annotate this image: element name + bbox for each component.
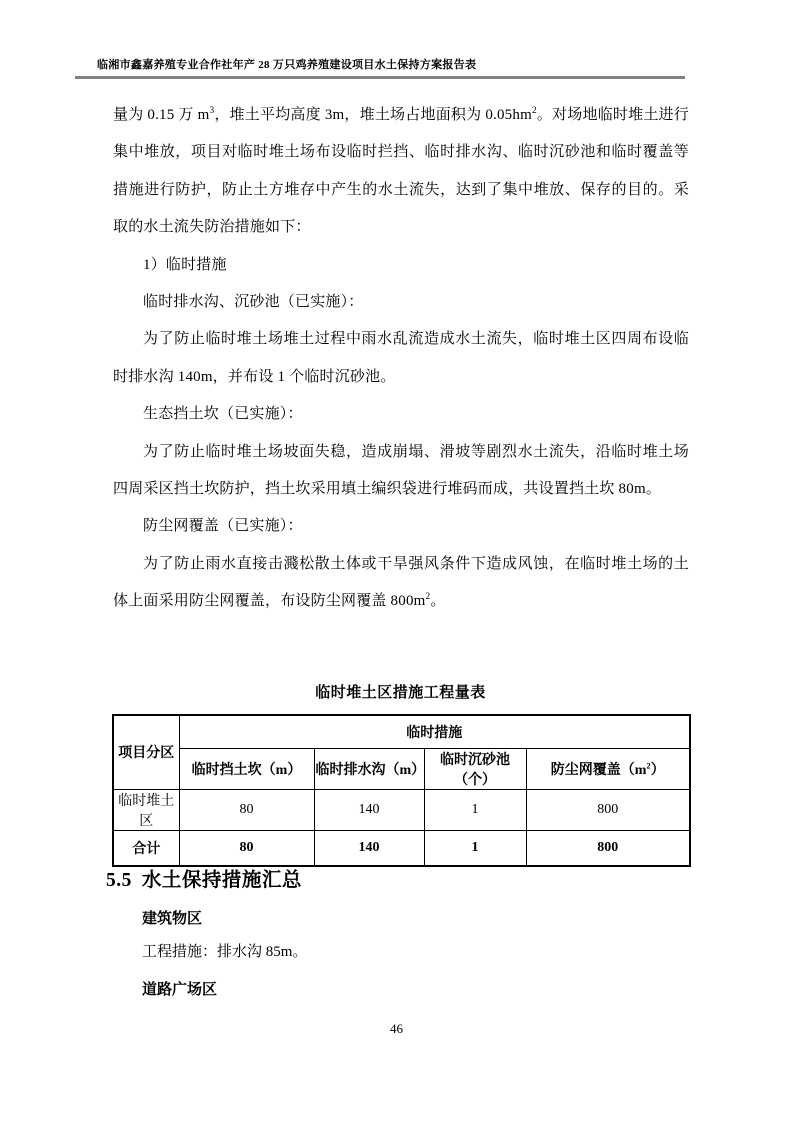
section-number: 5.5: [106, 870, 132, 891]
table-col-header-dustnet: 防尘网覆盖（m2）: [526, 748, 690, 789]
para-dust-net-label: 防尘网覆盖（已实施）：: [113, 508, 689, 545]
table-row-label: 临时堆土区: [113, 789, 179, 830]
table-corner-header: 项目分区: [113, 715, 179, 789]
para-text: 量为 0.15 万 m: [113, 107, 209, 123]
table-caption: 临时堆土区措施工程量表: [112, 681, 689, 702]
header-title: 临湘市鑫嘉养殖专业合作社年产 28 万只鸡养殖建设项目水土保持方案报告表: [75, 56, 685, 72]
table-cell: 80: [179, 789, 314, 830]
para-text: 。对场地临时堆土进行集中堆放，项目对临时堆土场布设临时拦挡、临时排水沟、临时沉砂…: [113, 107, 689, 235]
table-col-header-bund: 临时挡土坎（m）: [179, 748, 314, 789]
table-col-header-sedtank: 临时沉砂池（个）: [424, 748, 526, 789]
measures-table-block: 临时堆土区措施工程量表 项目分区 临时措施 临时挡土坎（m） 临时排水沟（m） …: [112, 681, 689, 867]
table-cell: 800: [526, 789, 690, 830]
section-heading-5-5: 5.5水土保持措施汇总: [106, 864, 689, 892]
table-row: 临时堆土区 80 140 1 800: [113, 789, 690, 830]
document-body: 量为 0.15 万 m3，堆土平均高度 3m，堆土场占地面积为 0.05hm2。…: [113, 97, 689, 621]
para-item-temp-measures: 1）临时措施: [113, 247, 689, 284]
para-eco-bund-label: 生态挡土坎（已实施）：: [113, 396, 689, 433]
para-eco-bund-detail: 为了防止临时堆土场坡面失稳，造成崩塌、滑坡等剧烈水土流失，沿临时堆土场四周采区挡…: [113, 434, 689, 509]
para-text: 。: [430, 593, 445, 609]
subsection-heading-building-area: 建筑物区: [142, 908, 689, 930]
table-total-label: 合计: [113, 830, 179, 866]
table-cell: 1: [424, 789, 526, 830]
para-stockpile-overview: 量为 0.15 万 m3，堆土平均高度 3m，堆土场占地面积为 0.05hm2。…: [113, 97, 689, 247]
table-cell: 140: [314, 789, 424, 830]
table-col-header-drain: 临时排水沟（m）: [314, 748, 424, 789]
table-cell: 1: [424, 830, 526, 866]
para-text: ，堆土平均高度 3m，堆土场占地面积为 0.05hm: [214, 107, 532, 123]
table-group-header: 临时措施: [179, 715, 690, 748]
section-5-5: 5.5水土保持措施汇总 建筑物区 工程措施：排水沟 85m。 道路广场区: [106, 864, 689, 1001]
table-total-row: 合计 80 140 1 800: [113, 830, 690, 866]
document-page: 临湘市鑫嘉养殖专业合作社年产 28 万只鸡养殖建设项目水土保持方案报告表 量为 …: [0, 0, 793, 1122]
page-footer: 46: [0, 1021, 793, 1037]
para-text: 为了防止雨水直接击濺松散土体或干旱强风条件下造成风蚀，在临时堆土场的土体上面采用…: [113, 556, 689, 609]
section-title: 水土保持措施汇总: [142, 870, 302, 891]
subsection-text-engineering-measures: 工程措施：排水沟 85m。: [142, 941, 689, 963]
table-cell: 800: [526, 830, 690, 866]
subsection-heading-road-square-area: 道路广场区: [142, 979, 689, 1001]
para-dust-net-detail: 为了防止雨水直接击濺松散土体或干旱强风条件下造成风蚀，在临时堆土场的土体上面采用…: [113, 546, 689, 621]
page-number: 46: [390, 1021, 403, 1036]
table-cell: 140: [314, 830, 424, 866]
page-header: 临湘市鑫嘉养殖专业合作社年产 28 万只鸡养殖建设项目水土保持方案报告表: [75, 56, 685, 79]
para-temp-drain-detail: 为了防止临时堆土场堆土过程中雨水乱流造成水土流失，临时堆土区四周布设临时排水沟 …: [113, 321, 689, 396]
measures-table: 项目分区 临时措施 临时挡土坎（m） 临时排水沟（m） 临时沉砂池（个） 防尘网…: [112, 714, 691, 867]
para-temp-drain-label: 临时排水沟、沉砂池（已实施）：: [113, 284, 689, 321]
table-cell: 80: [179, 830, 314, 866]
